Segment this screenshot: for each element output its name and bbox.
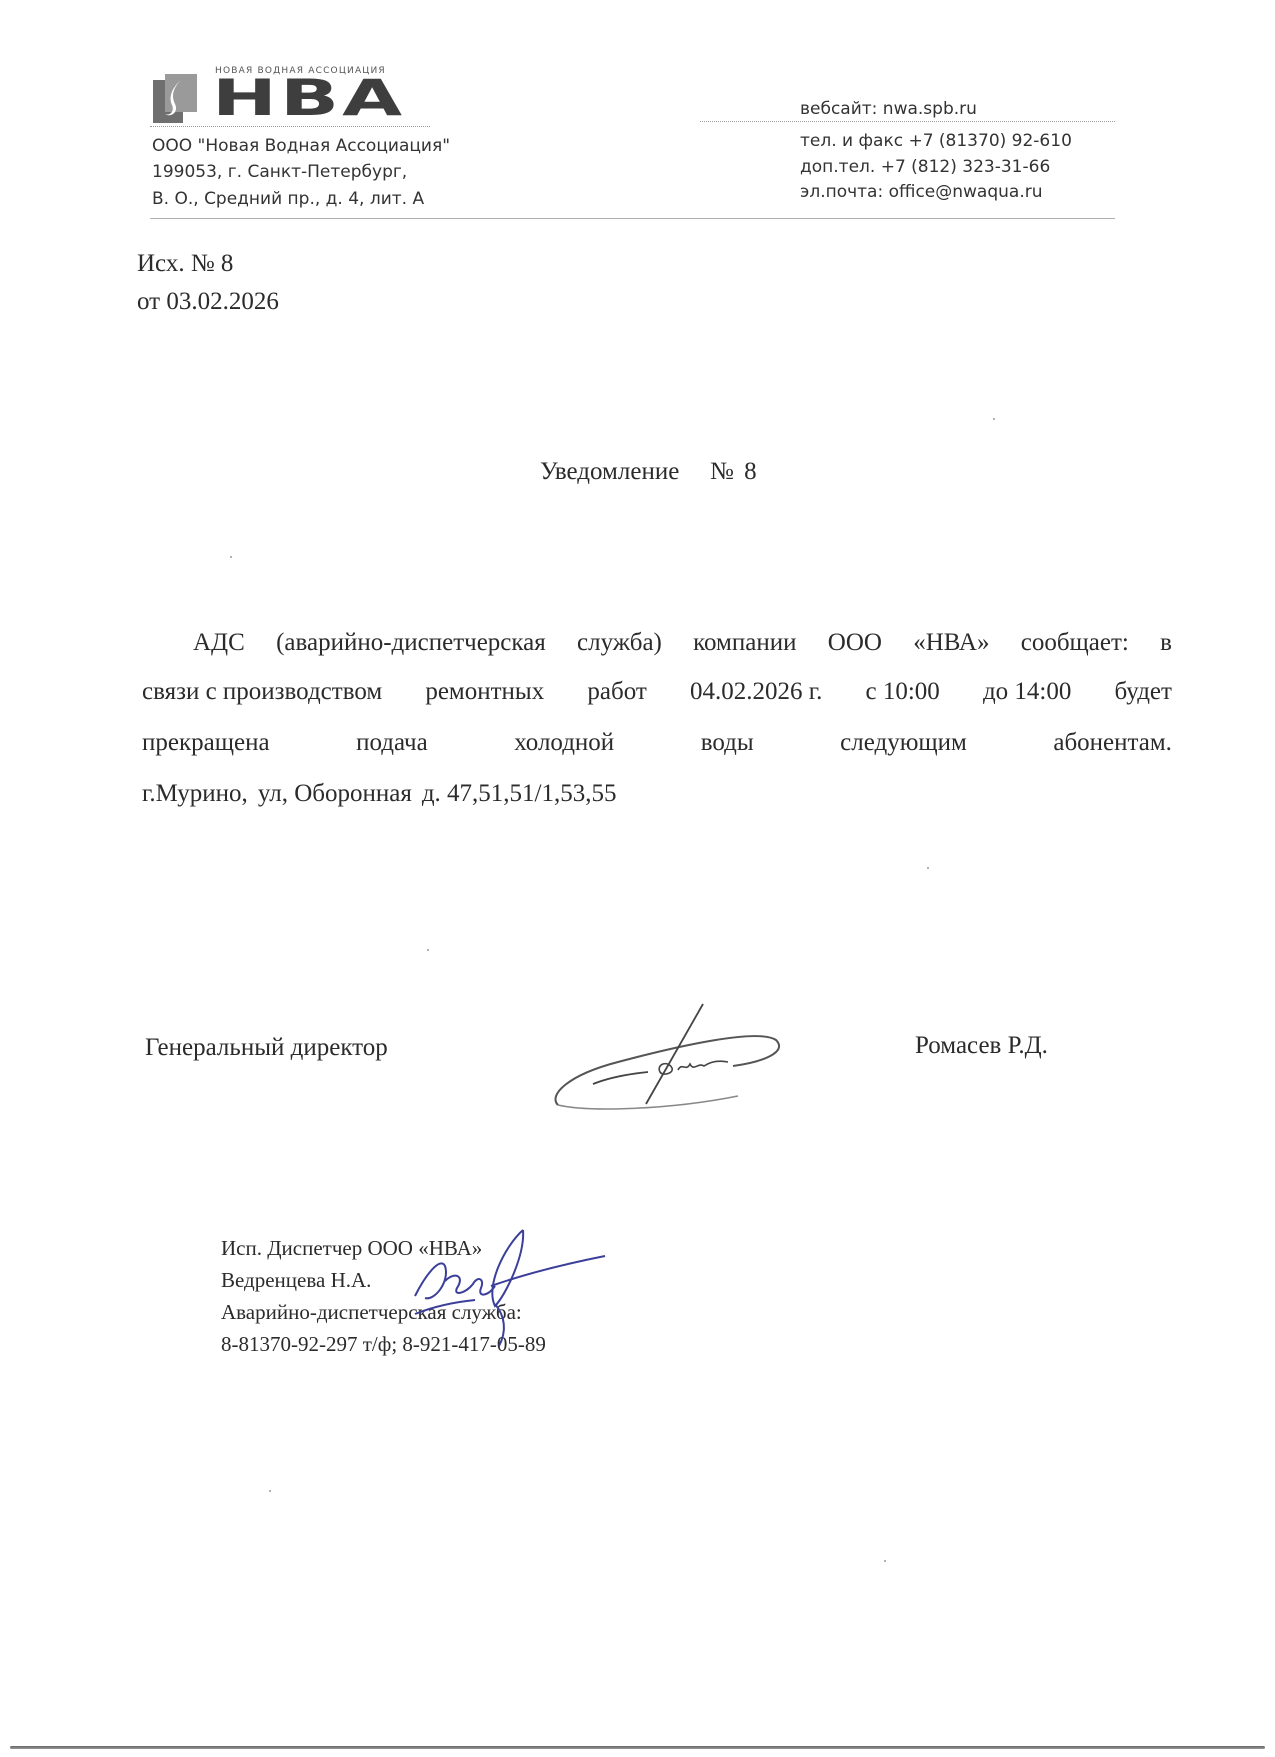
body-word: компании xyxy=(693,629,796,657)
body-word: ремонтных xyxy=(425,678,544,706)
address-city: г.Мурино, xyxy=(142,780,248,808)
dispatcher-signature-icon xyxy=(395,1226,615,1356)
extra-phone: доп.тел. +7 (812) 323-31-66 xyxy=(800,157,1050,177)
letterhead-divider-right xyxy=(700,121,1115,122)
org-address-line1: 199053, г. Санкт-Петербург, xyxy=(152,162,407,182)
scan-speck xyxy=(427,949,429,951)
body-word: холодной xyxy=(514,729,614,757)
address-street: ул, Оборонная xyxy=(258,780,412,808)
body-word: ООО xyxy=(828,629,882,657)
scan-speck xyxy=(884,1560,886,1562)
phone-fax: тел. и факс +7 (81370) 92-610 xyxy=(800,131,1072,151)
body-line-3: прекращена подача холодной воды следующи… xyxy=(142,729,1172,757)
body-word: в xyxy=(1160,629,1172,657)
body-word: будет xyxy=(1115,678,1172,706)
document-title: Уведомление № 8 xyxy=(540,458,757,486)
body-line-4-address: г.Мурино, ул, Оборонная д. 47,51,51/1,53… xyxy=(142,780,1172,808)
scan-speck xyxy=(230,556,232,558)
body-word: АДС xyxy=(193,629,245,657)
body-word: воды xyxy=(701,729,754,757)
body-word: подача xyxy=(356,729,428,757)
signatory-name: Ромасев Р.Д. xyxy=(915,1032,1048,1060)
letterhead-divider-bottom xyxy=(150,218,1115,219)
body-word: абонентам. xyxy=(1053,729,1172,757)
org-address-line2: В. О., Средний пр., д. 4, лит. А xyxy=(152,189,424,209)
letterhead-divider-left xyxy=(150,126,430,127)
document-date: от 03.02.2026 xyxy=(137,288,279,316)
org-name: ООО "Новая Водная Ассоциация" xyxy=(152,136,450,156)
outage-date: 04.02.2026 г. xyxy=(690,678,822,706)
scan-speck xyxy=(993,418,995,420)
outage-start-time: с 10:00 xyxy=(866,678,940,706)
scan-speck xyxy=(269,1490,271,1492)
signatory-position: Генеральный директор xyxy=(145,1034,388,1062)
body-word: служба) xyxy=(577,629,662,657)
body-word: связи с производством xyxy=(142,678,382,706)
outgoing-number: Исх. № 8 xyxy=(137,250,233,278)
body-word: сообщает: xyxy=(1021,629,1129,657)
email-link[interactable]: эл.почта: office@nwaqua.ru xyxy=(800,182,1043,202)
body-line-1: АДС (аварийно-диспетчерская служба) комп… xyxy=(193,629,1172,657)
website-link[interactable]: вебсайт: nwa.spb.ru xyxy=(800,99,977,119)
dispatcher-name: Ведренцева Н.А. xyxy=(221,1268,371,1293)
handwritten-signature-icon xyxy=(548,1000,798,1115)
outage-end-time: до 14:00 xyxy=(983,678,1071,706)
body-word: прекращена xyxy=(142,729,270,757)
water-drop-logo-icon xyxy=(153,74,197,123)
address-buildings: д. 47,51,51/1,53,55 xyxy=(422,780,617,808)
body-word: (аварийно-диспетчерская xyxy=(276,629,546,657)
scan-edge-line xyxy=(10,1746,1265,1749)
scan-speck xyxy=(927,867,929,869)
body-line-2: связи с производством ремонтных работ 04… xyxy=(142,678,1172,706)
body-word: работ xyxy=(587,678,646,706)
body-word: следующим xyxy=(840,729,967,757)
logo-wordmark: НВА xyxy=(212,72,405,124)
body-word: «НВА» xyxy=(913,629,989,657)
